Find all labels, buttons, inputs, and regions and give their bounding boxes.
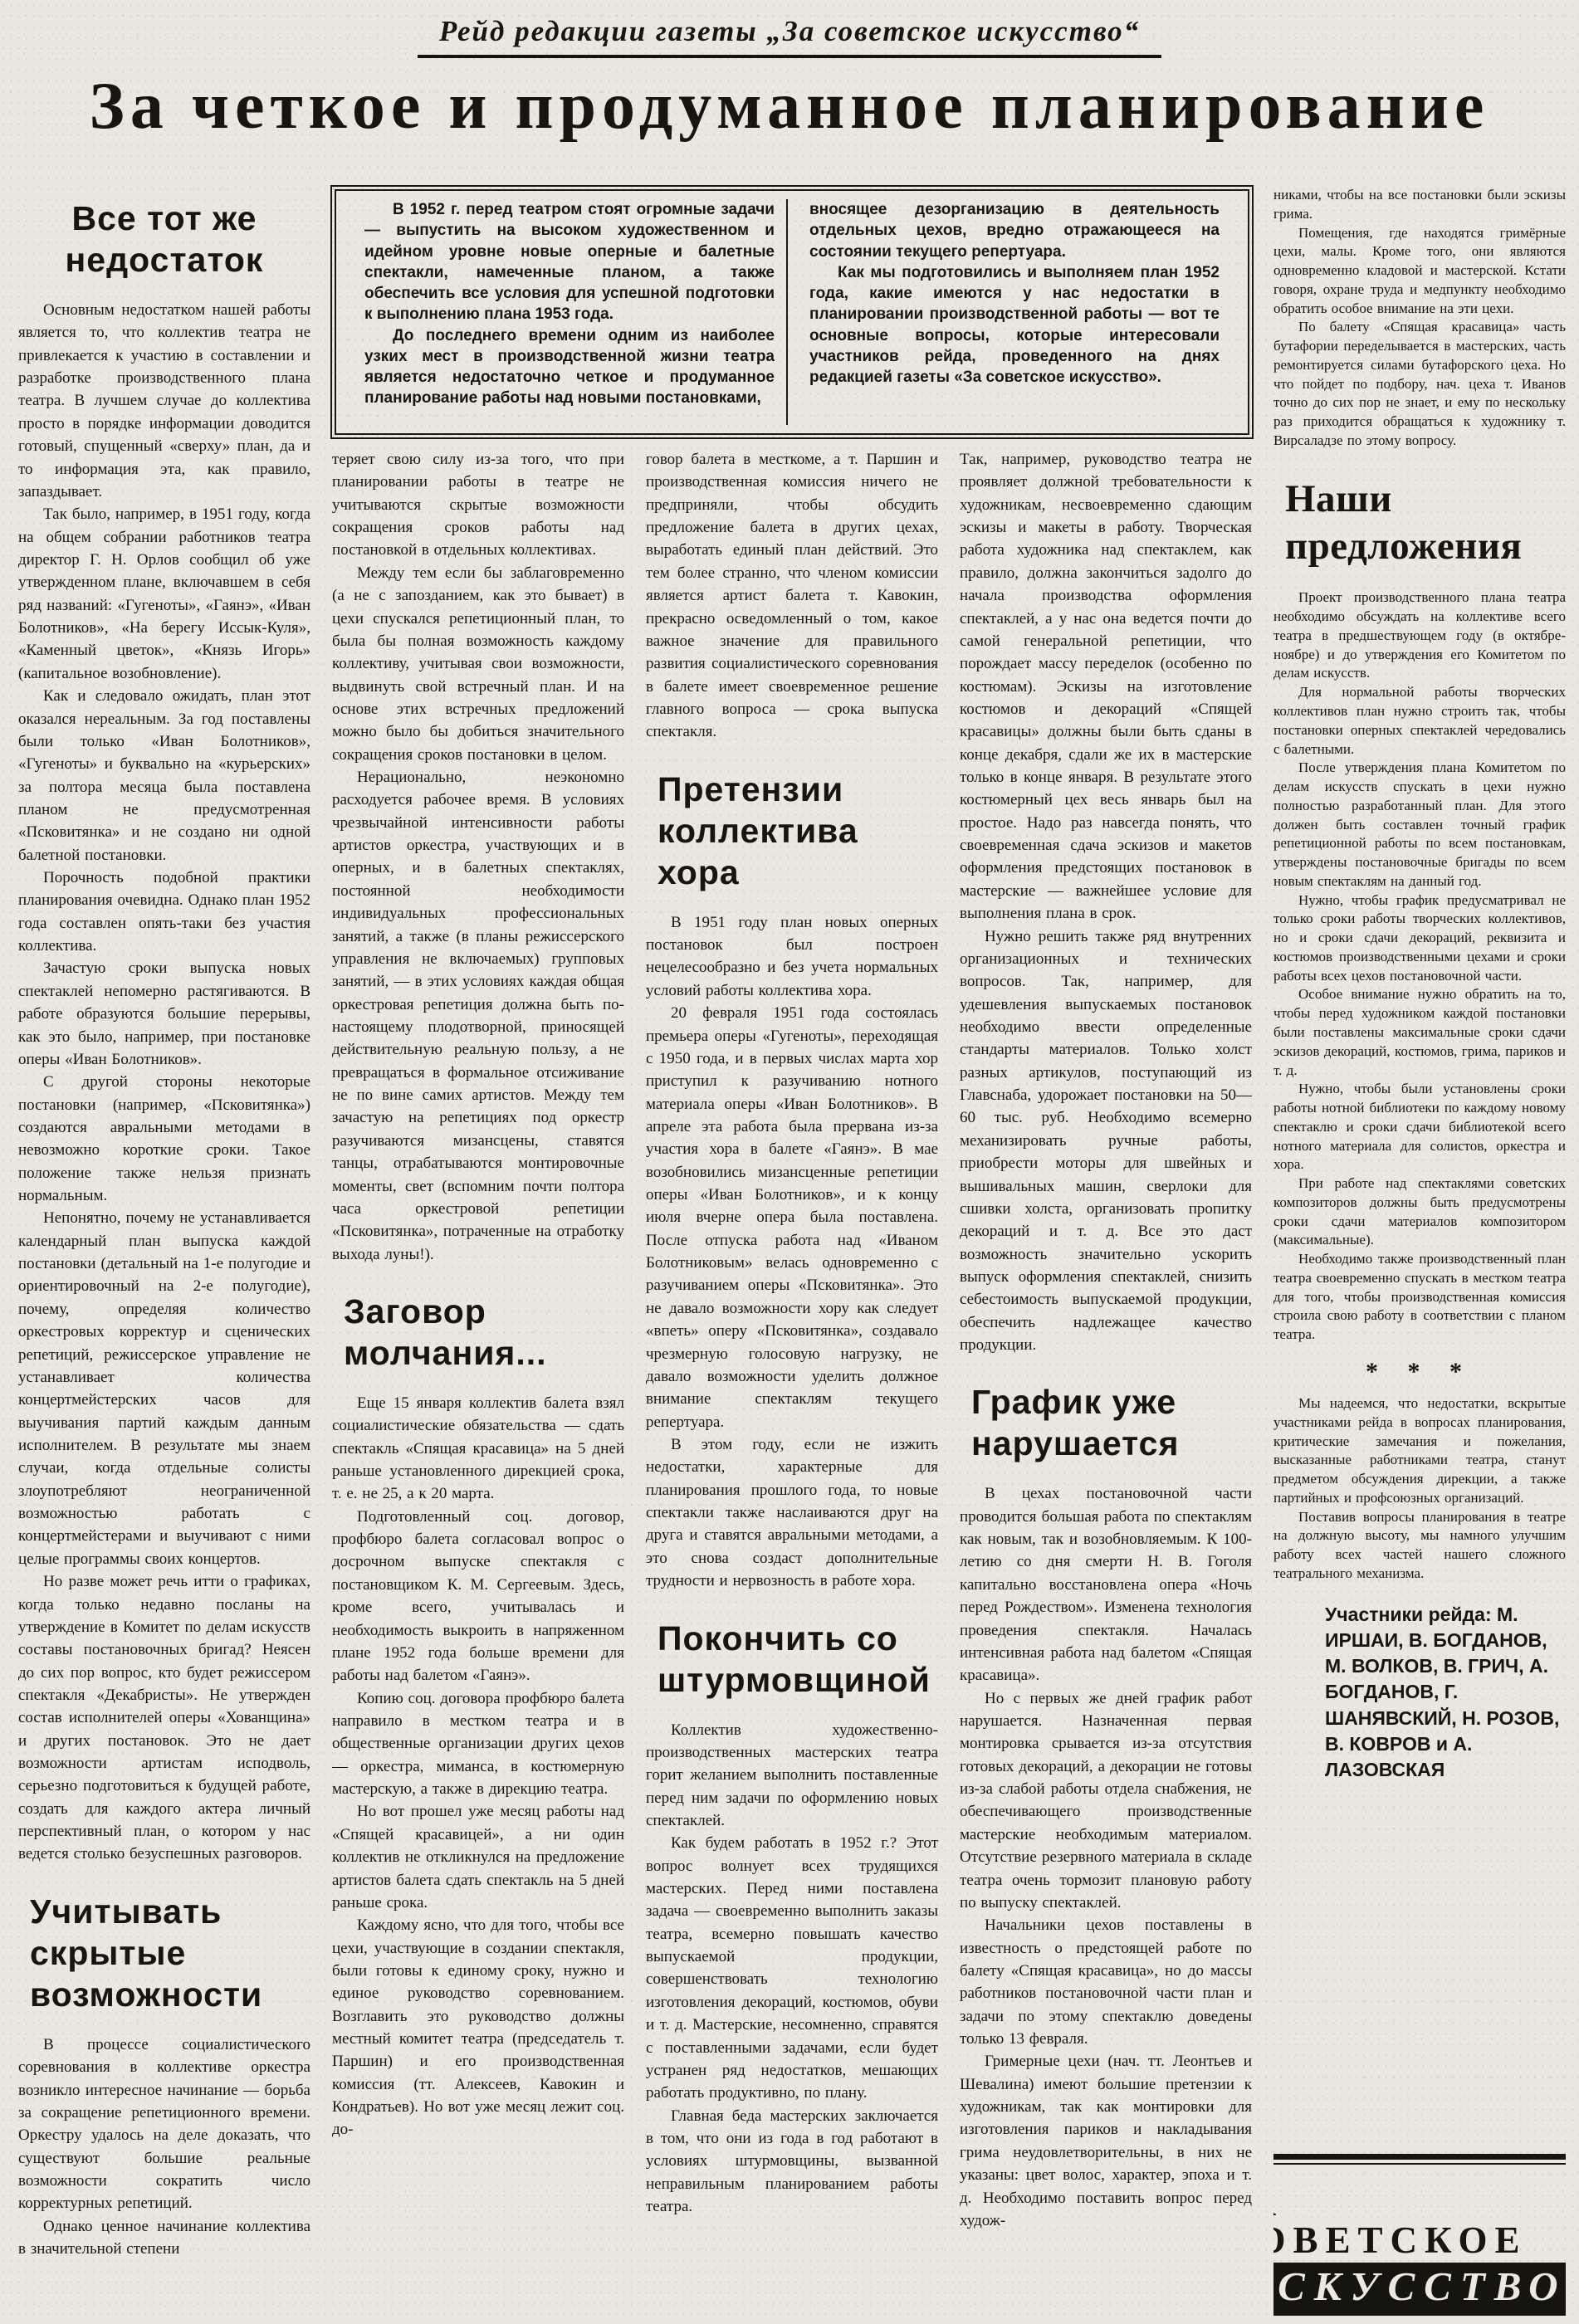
paragraph: Подготовленный соц. договор, профбюро ба… bbox=[332, 1506, 624, 1687]
page-title: За четкое и продуманное планирование bbox=[0, 71, 1579, 141]
newspaper-page: Рейд редакции газеты „За советское искус… bbox=[0, 0, 1579, 2324]
section-title-hidden-possibilities: Учитывать скрытые возможности bbox=[18, 1891, 310, 2015]
article-text-closing: Мы надеемся, что недостатки, вскрытые уч… bbox=[1273, 1394, 1566, 1584]
intro-box-right-column: вносящее дезорганизацию в деятельность о… bbox=[786, 199, 1231, 425]
paragraph: Нужно, чтобы были установлены сроки рабо… bbox=[1273, 1080, 1566, 1174]
kicker: Рейд редакции газеты „За советское искус… bbox=[418, 15, 1161, 58]
column-2: теряет свою силу из-за того, что при пла… bbox=[332, 448, 624, 2321]
paragraph: При работе над спектаклями советских ком… bbox=[1273, 1174, 1566, 1250]
article-text-conspiracy-of-silence: Еще 15 января коллектив балета взял соци… bbox=[332, 1392, 624, 2141]
paragraph: Еще 15 января коллектив балета взял соци… bbox=[332, 1392, 624, 1506]
paragraph: Поставив вопросы планирования в театре н… bbox=[1273, 1508, 1566, 1584]
paragraph: Так было, например, в 1951 году, когда н… bbox=[18, 503, 310, 685]
paragraph: Нужно, чтобы график предусматривал не то… bbox=[1273, 891, 1566, 986]
paragraph: теряет свою силу из-за того, что при пла… bbox=[332, 448, 624, 562]
paragraph: Особое внимание нужно обратить на то, чт… bbox=[1273, 985, 1566, 1080]
article-text-same-defect: Основным недостатком нашей работы являет… bbox=[18, 299, 310, 1866]
article-text-continued: Так, например, руководство театра не про… bbox=[960, 448, 1252, 1356]
logo-line-za-sovetskoe: ЗА СОВЕТСКОЕ bbox=[1273, 2185, 1566, 2259]
section-title-our-proposals: Наши предложения bbox=[1273, 476, 1566, 571]
paragraph: Основным недостатком нашей работы являет… bbox=[18, 299, 310, 503]
paragraph: В 1952 г. перед театром стоят огромные з… bbox=[364, 199, 775, 325]
newspaper-logo: ЗА СОВЕТСКОЕ ИСКУССТВО bbox=[1273, 2185, 1566, 2316]
article-text-continued: говор балета в месткоме, а т. Паршин и п… bbox=[646, 448, 938, 744]
paragraph: Как будем работать в 1952 г.? Этот вопро… bbox=[646, 1832, 938, 2104]
paragraph: В этом году, если не изжить недостатки, … bbox=[646, 1433, 938, 1593]
paragraph: Между тем если бы заблаговременно (а не … bbox=[332, 562, 624, 766]
article-text-continued: никами, чтобы на все постановки были эск… bbox=[1273, 186, 1566, 451]
paragraph: Мы надеемся, что недостатки, вскрытые уч… bbox=[1273, 1394, 1566, 1508]
paragraph: 20 февраля 1951 года состоялась премьера… bbox=[646, 1002, 938, 1433]
paragraph: Нерационально, неэкономно расходуется ра… bbox=[332, 766, 624, 1266]
section-title-choir-claims: Претензии коллектива хора bbox=[646, 769, 938, 893]
paragraph: Копию соц. договора профбюро балета напр… bbox=[332, 1687, 624, 1801]
thick-divider-rule bbox=[1273, 2154, 1566, 2165]
paragraph: никами, чтобы на все постановки были эск… bbox=[1273, 186, 1566, 224]
paragraph: Как мы подготовились и выполняем план 19… bbox=[809, 262, 1220, 388]
paragraph: После утверждения плана Комитетом по дел… bbox=[1273, 759, 1566, 891]
section-title-same-defect: Все тот же недостаток bbox=[18, 198, 310, 281]
paragraph: В 1951 году план новых оперных постаново… bbox=[646, 911, 938, 1002]
paragraph: Но разве может речь итти о графиках, ког… bbox=[18, 1570, 310, 1866]
paragraph: Так, например, руководство театра не про… bbox=[960, 448, 1252, 925]
column-3: говор балета в месткоме, а т. Паршин и п… bbox=[646, 448, 938, 2321]
article-text-schedule-violated: В цехах постановочной части проводится б… bbox=[960, 1482, 1252, 2232]
column-4: Так, например, руководство театра не про… bbox=[960, 448, 1252, 2321]
paragraph: Проект производственного плана театра не… bbox=[1273, 588, 1566, 683]
paragraph: Как и следовало ожидать, план этот оказа… bbox=[18, 685, 310, 867]
logo-line-iskusstvo: ИСКУССТВО bbox=[1273, 2263, 1566, 2316]
paragraph: говор балета в месткоме, а т. Паршин и п… bbox=[646, 448, 938, 744]
section-title-conspiracy-of-silence: Заговор молчания... bbox=[332, 1291, 624, 1374]
column-1: Все тот же недостаток Основным недостатк… bbox=[18, 186, 310, 2321]
paragraph: Начальники цехов поставлены в известност… bbox=[960, 1914, 1252, 2050]
column-5: никами, чтобы на все постановки были эск… bbox=[1273, 186, 1566, 2321]
newspaper-logo-block: ЗА СОВЕТСКОЕ ИСКУССТВО 3 bbox=[1273, 2154, 1566, 2316]
section-title-schedule-violated: График уже нарушается bbox=[960, 1381, 1252, 1464]
article-text-hidden-possibilities: В процессе социалистического соревновани… bbox=[18, 2033, 310, 2261]
paragraph: С другой стороны некоторые постановки (н… bbox=[18, 1071, 310, 1207]
paragraph: Для нормальной работы творческих коллект… bbox=[1273, 683, 1566, 759]
intro-box-left-column: В 1952 г. перед театром стоят огромные з… bbox=[353, 199, 786, 425]
paragraph: Непонятно, почему не устанавливается кал… bbox=[18, 1207, 310, 1570]
article-text-our-proposals: Проект производственного плана театра не… bbox=[1273, 588, 1566, 1345]
paragraph: Главная беда мастерских заключается в то… bbox=[646, 2105, 938, 2219]
paragraph: По балету «Спящая красавица» часть бутаф… bbox=[1273, 318, 1566, 450]
paragraph: Однако ценное начинание коллектива в зна… bbox=[18, 2215, 310, 2261]
paragraph: Но вот прошел уже месяц работы над «Спящ… bbox=[332, 1800, 624, 1914]
intro-box: В 1952 г. перед театром стоят огромные з… bbox=[335, 189, 1249, 435]
paragraph: Порочность подобной практики планировани… bbox=[18, 867, 310, 957]
article-text-continued: теряет свою силу из-за того, что при пла… bbox=[332, 448, 624, 1266]
section-title-end-rush-work: Покончить со штурмовщиной bbox=[646, 1618, 938, 1701]
paragraph: вносящее дезорганизацию в деятельность о… bbox=[809, 199, 1220, 262]
column-5-text-flow: никами, чтобы на все постановки были эск… bbox=[1273, 186, 1566, 2113]
paragraph: Помещения, где находятся гримёрные цехи,… bbox=[1273, 224, 1566, 319]
masthead: Рейд редакции газеты „За советское искус… bbox=[0, 15, 1579, 141]
paragraph: Коллектив художественно-производственных… bbox=[646, 1719, 938, 1833]
paragraph: Гримерные цехи (нач. тт. Леонтьев и Шева… bbox=[960, 2050, 1252, 2232]
raid-participants-list: Участники рейда: М. ИРШАИ, В. БОГДАНОВ, … bbox=[1325, 1602, 1566, 1784]
article-columns: Все тот же недостаток Основным недостатк… bbox=[18, 186, 1566, 2321]
asterisk-separator: * * * bbox=[1273, 1358, 1566, 1386]
paragraph: Зачастую сроки выпуска новых спектаклей … bbox=[18, 957, 310, 1071]
paragraph: Нужно решить также ряд внутренних органи… bbox=[960, 925, 1252, 1357]
paragraph: Необходимо также производственный план т… bbox=[1273, 1250, 1566, 1345]
article-text-end-rush-work: Коллектив художественно-производственных… bbox=[646, 1719, 938, 2219]
paragraph: В цехах постановочной части проводится б… bbox=[960, 1482, 1252, 1687]
paragraph: Но с первых же дней график работ нарушае… bbox=[960, 1687, 1252, 1915]
article-text-choir-claims: В 1951 году план новых оперных постаново… bbox=[646, 911, 938, 1593]
logo-row: ЗА СОВЕТСКОЕ ИСКУССТВО 3 bbox=[1273, 2185, 1566, 2316]
paragraph: В процессе социалистического соревновани… bbox=[18, 2033, 310, 2215]
paragraph: До последнего времени одним из наиболее … bbox=[364, 325, 775, 409]
paragraph: Каждому ясно, что для того, чтобы все це… bbox=[332, 1914, 624, 2141]
